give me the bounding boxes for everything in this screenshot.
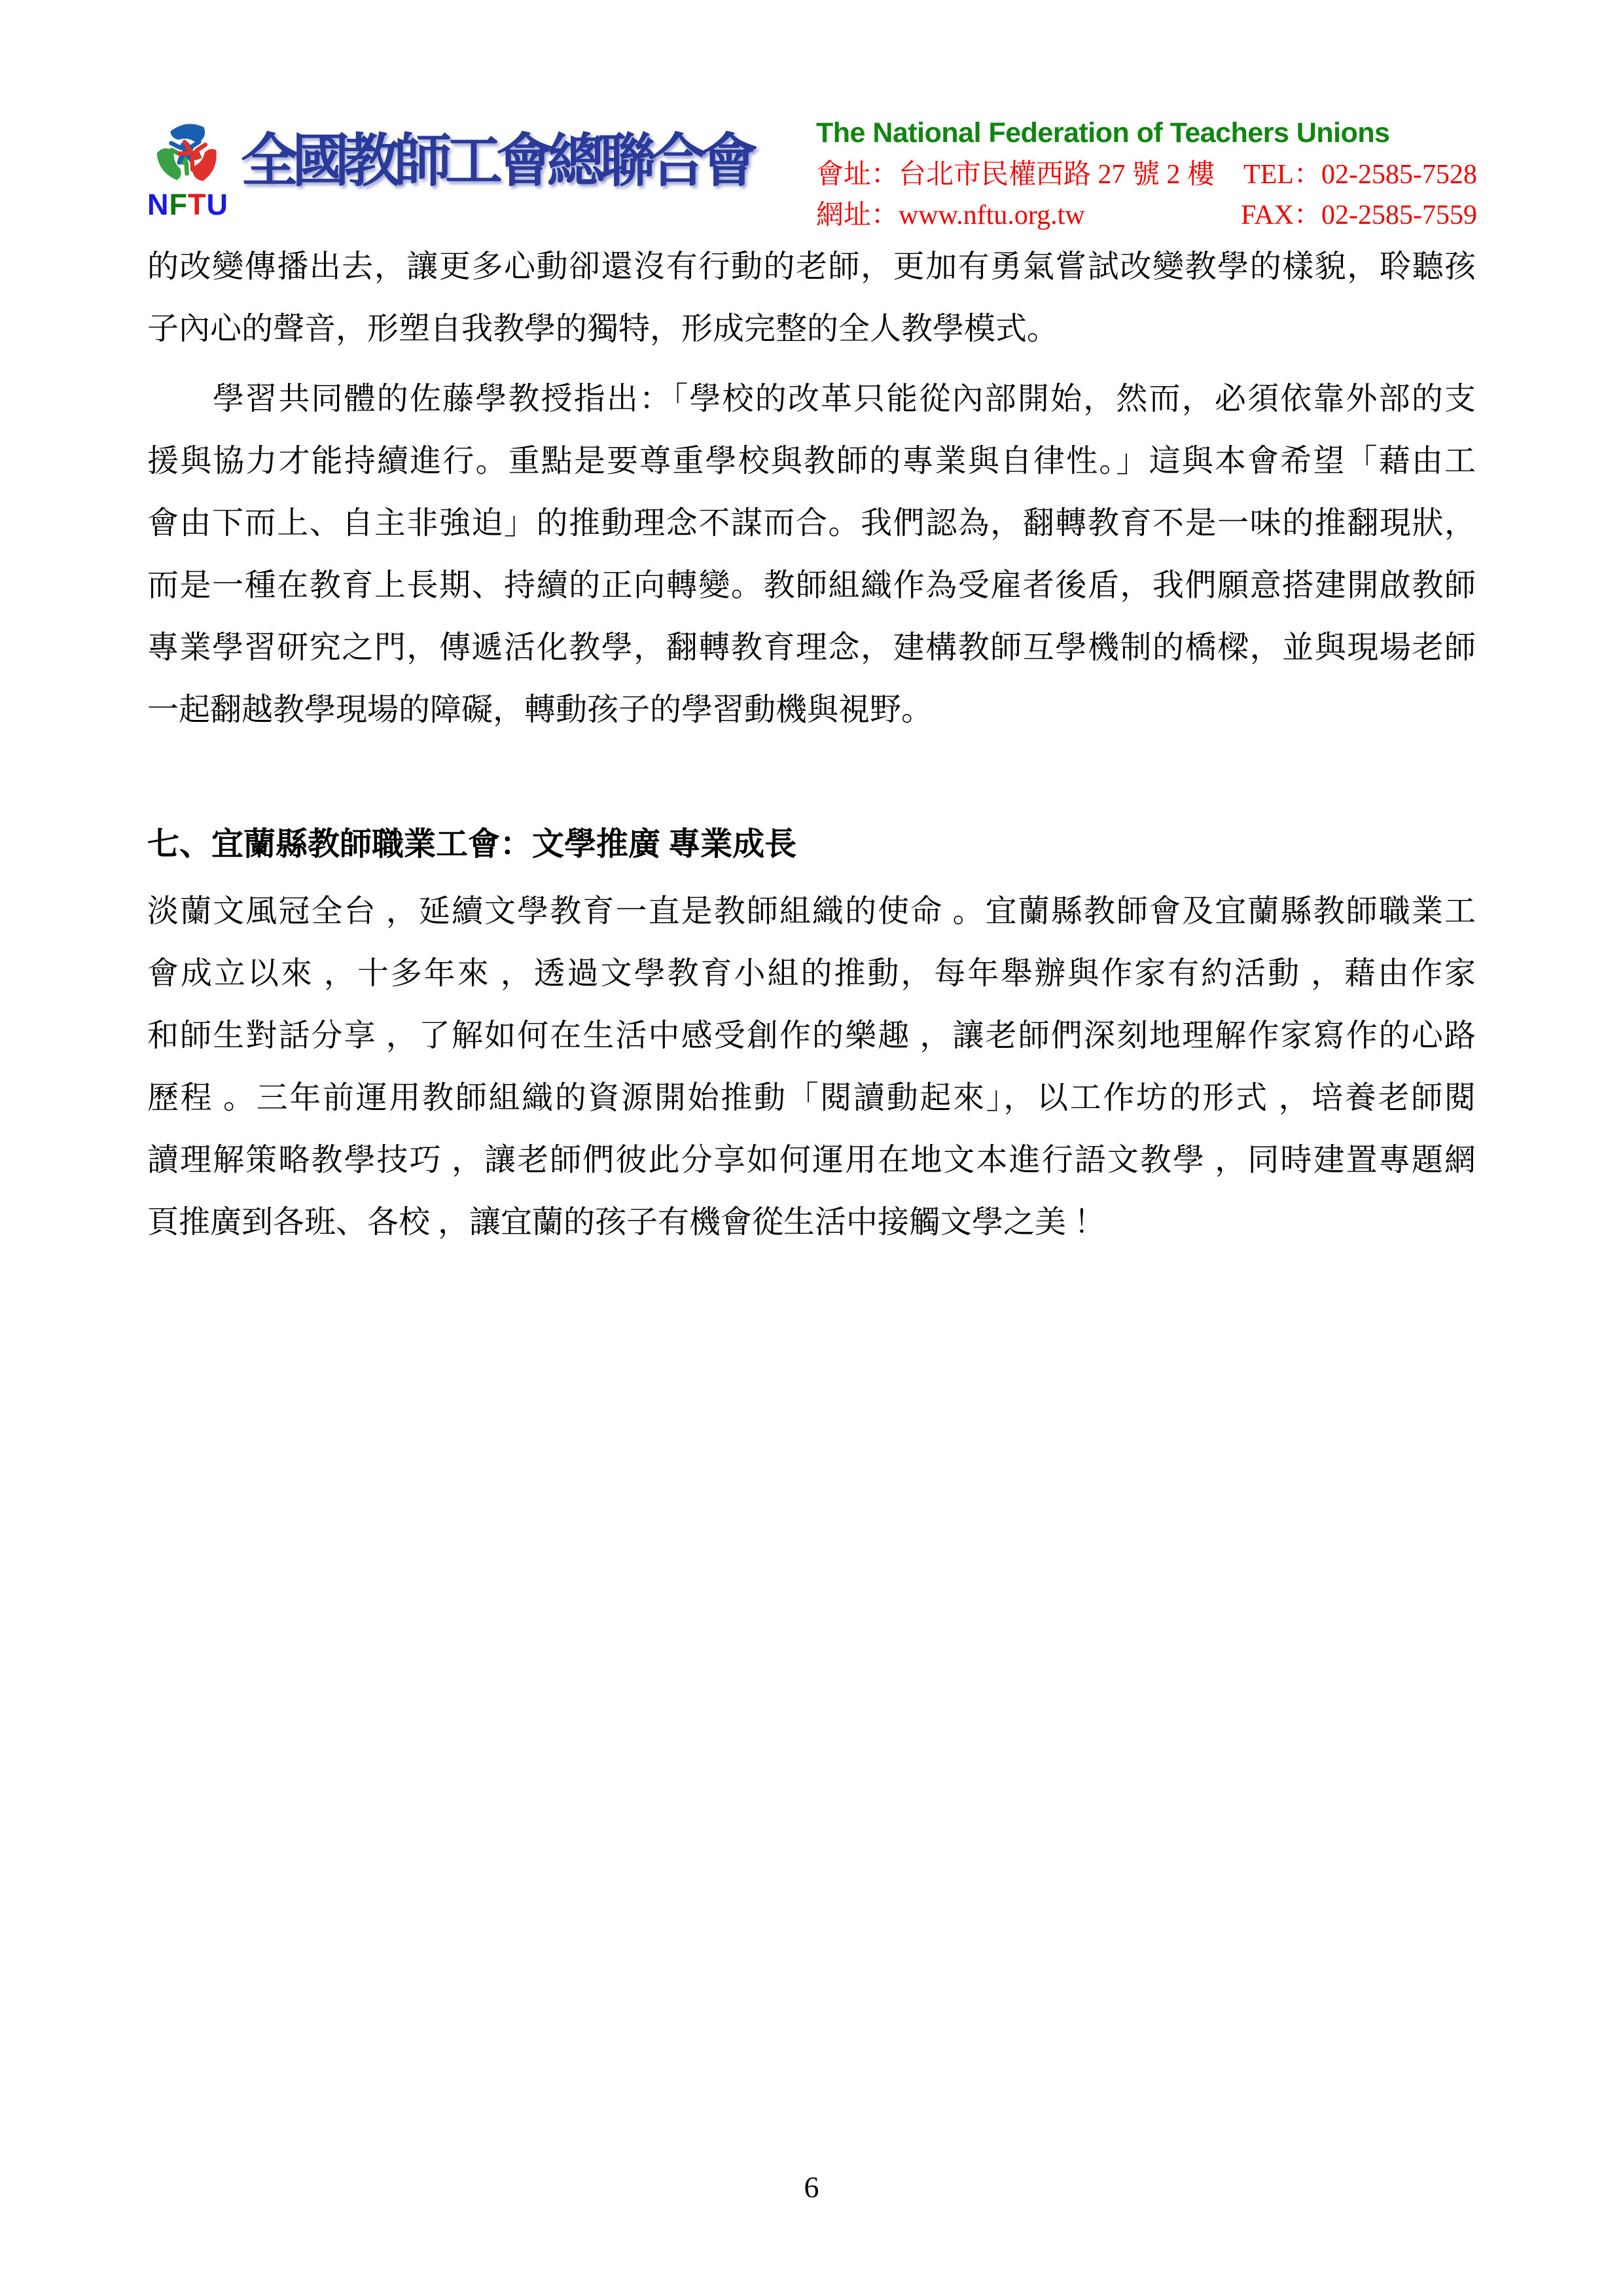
body-line: 學習共同體的佐藤學教授指出：「學校的改革只能從內部開始，然而，必須依靠外部的支 xyxy=(147,368,1476,430)
website-text: 網址：www.nftu.org.tw xyxy=(816,200,1085,230)
tel-text: TEL：02-2585-7528 xyxy=(1243,160,1477,190)
document-page: NFTU 全國教師工會總聯合會 The National Federation … xyxy=(0,0,1623,2296)
body-line: 會成立以來 ，十多年來 ，透過文學教育小組的推動，每年舉辦與作家有約活動 ，藉由… xyxy=(147,942,1476,1005)
paragraph-1: 的改變傳播出去，讓更多心動卻還沒有行動的老師，更加有勇氣嘗試改變教學的樣貌，聆聽… xyxy=(147,236,1476,360)
nftu-letter: F xyxy=(169,188,188,221)
body-line: 和師生對話分享 ，了解如何在生活中感受創作的樂趣 ，讓老師們深刻地理解作家寫作的… xyxy=(147,1005,1476,1067)
nftu-letter: N xyxy=(147,188,169,221)
contact-row-1: 會址：台北市民權西路 27 號 2 樓 TEL：02-2585-7528 xyxy=(816,160,1477,190)
address-text: 會址：台北市民權西路 27 號 2 樓 xyxy=(816,160,1215,190)
body-line: 會由下而上、自主非強迫」的推動理念不謀而合。我們認為，翻轉教育不是一味的推翻現狀… xyxy=(147,492,1476,554)
nftu-letter: T xyxy=(188,188,207,221)
org-name-english: The National Federation of Teachers Unio… xyxy=(816,117,1477,149)
body-line: 子內心的聲音，形塑自我教學的獨特，形成完整的全人教學模式。 xyxy=(147,298,1476,360)
contact-row-2: 網址：www.nftu.org.tw FAX：02-2585-7559 xyxy=(816,200,1477,230)
nftu-logo-icon xyxy=(145,117,230,191)
body-line: 而是一種在教育上長期、持續的正向轉變。教師組織作為受雇者後盾，我們願意搭建開啟教… xyxy=(147,554,1476,617)
section-heading: 七、宜蘭縣教師職業工會：文學推廣 專業成長 xyxy=(147,813,1476,875)
body-line: 讀理解策略教學技巧 ，讓老師們彼此分享如何運用在地文本進行語文教學 ，同時建置專… xyxy=(147,1129,1476,1191)
nftu-letter: U xyxy=(207,188,229,221)
nftu-wordmark: NFTU xyxy=(140,191,236,219)
document-body: 的改變傳播出去，讓更多心動卻還沒有行動的老師，更加有勇氣嘗試改變教學的樣貌，聆聽… xyxy=(147,236,1476,1253)
body-line: 頁推廣到各班、各校 ，讓宜蘭的孩子有機會從生活中接觸文學之美 ！ xyxy=(147,1191,1476,1253)
body-line: 援與協力才能持續進行。重點是要尊重學校與教師的專業與自律性。」這與本會希望「藉由… xyxy=(147,430,1476,492)
body-line: 的改變傳播出去，讓更多心動卻還沒有行動的老師，更加有勇氣嘗試改變教學的樣貌，聆聽… xyxy=(147,236,1476,298)
nftu-logo: NFTU xyxy=(140,117,236,219)
body-line: 一起翻越教學現場的障礙，轉動孩子的學習動機與視野。 xyxy=(147,679,1476,741)
body-line: 專業學習研究之門，傳遞活化教學，翻轉教育理念，建構教師互學機制的橋樑，並與現場老… xyxy=(147,617,1476,679)
header-contact-block: The National Federation of Teachers Unio… xyxy=(816,117,1477,230)
paragraph-2: 學習共同體的佐藤學教授指出：「學校的改革只能從內部開始，然而，必須依靠外部的支 … xyxy=(147,368,1476,741)
body-line: 歷程 。三年前運用教師組織的資源開始推動「閱讀動起來」，以工作坊的形式 ，培養老… xyxy=(147,1067,1476,1129)
org-name-chinese: 全國教師工會總聯合會 xyxy=(241,126,751,199)
fax-text: FAX：02-2585-7559 xyxy=(1241,200,1477,230)
page-number: 6 xyxy=(0,2168,1623,2207)
paragraph-3: 淡蘭文風冠全台 ，延續文學教育一直是教師組織的使命 。宜蘭縣教師會及宜蘭縣教師職… xyxy=(147,880,1476,1253)
body-line: 淡蘭文風冠全台 ，延續文學教育一直是教師組織的使命 。宜蘭縣教師會及宜蘭縣教師職… xyxy=(147,880,1476,942)
